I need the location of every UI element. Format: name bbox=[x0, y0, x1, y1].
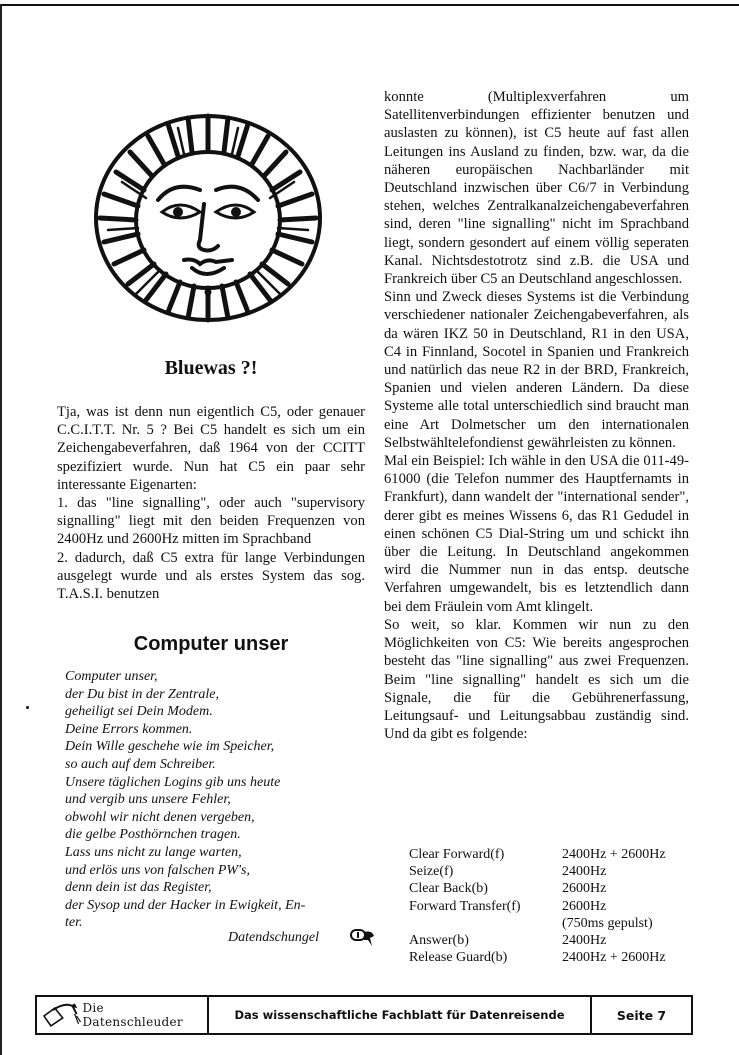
footer-logo: Die Datenschleuder bbox=[37, 997, 209, 1033]
signal-name: Clear Forward(f) bbox=[409, 846, 562, 863]
table-row: Release Guard(b)2400Hz + 2600Hz bbox=[409, 949, 666, 966]
poem-line: und vergib uns unsere Fehler, bbox=[65, 791, 375, 809]
poem-line: Computer unser, bbox=[65, 668, 375, 686]
page-number: Seite 7 bbox=[592, 997, 691, 1033]
table-row: Clear Forward(f)2400Hz + 2600Hz bbox=[409, 846, 666, 863]
page-footer: Die Datenschleuder Das wissenschaftliche… bbox=[35, 995, 693, 1035]
paragraph: 2. dadurch, daß C5 extra für lange Verbi… bbox=[57, 549, 365, 604]
poem-signature: Datendschungel bbox=[228, 930, 319, 946]
poem-line: Lass uns nicht zu lange warten, bbox=[65, 844, 375, 862]
poem-line: denn dein ist das Register, bbox=[65, 879, 375, 897]
scan-speck bbox=[26, 706, 29, 709]
page-border-top bbox=[0, 4, 739, 6]
signal-name: Clear Back(b) bbox=[409, 880, 562, 897]
paragraph: So weit, so klar. Kommen wir nun zu den … bbox=[384, 616, 689, 743]
poem-line: der Du bist in der Zentrale, bbox=[65, 686, 375, 704]
poem-line: so auch auf dem Schreiber. bbox=[65, 756, 375, 774]
signal-name: Answer(b) bbox=[409, 932, 562, 949]
article-title-computer-unser: Computer unser bbox=[57, 633, 365, 656]
signal-table: Clear Forward(f)2400Hz + 2600Hz Seize(f)… bbox=[409, 846, 666, 966]
footer-tagline: Das wissenschaftliche Fachblatt für Date… bbox=[209, 997, 592, 1033]
article-bluewas-intro: Tja, was ist denn nun eigentlich C5, ode… bbox=[57, 403, 365, 603]
poem-line: der Sysop und der Hacker in Ewigkeit, En… bbox=[65, 897, 375, 915]
signal-name: Release Guard(b) bbox=[409, 949, 562, 966]
signal-value: (750ms gepulst) bbox=[562, 915, 666, 932]
poem-line: obwohl wir nicht denen vergeben, bbox=[65, 809, 375, 827]
paragraph: Sinn und Zweck dieses Systems ist die Ve… bbox=[384, 288, 689, 452]
article-title-bluewas: Bluewas ?! bbox=[57, 357, 365, 380]
paragraph: konnte (Multiplexverfahren um Satelliten… bbox=[384, 88, 689, 288]
table-row: (750ms gepulst) bbox=[409, 915, 666, 932]
signal-value: 2400Hz + 2600Hz bbox=[562, 949, 666, 966]
signal-name bbox=[409, 915, 562, 932]
table-row: Clear Back(b)2600Hz bbox=[409, 880, 666, 897]
poem-line: ter. bbox=[65, 914, 375, 932]
signal-name: Forward Transfer(f) bbox=[409, 898, 562, 915]
signal-value: 2400Hz + 2600Hz bbox=[562, 846, 666, 863]
poem-line: Deine Errors kommen. bbox=[65, 721, 375, 739]
signal-value: 2600Hz bbox=[562, 898, 666, 915]
poem-line: geheiligt sei Dein Modem. bbox=[65, 703, 375, 721]
paragraph: 1. das "line signalling", oder auch "sup… bbox=[57, 494, 365, 549]
sun-face-icon bbox=[88, 108, 328, 328]
poem-line: Dein Wille geschehe wie im Speicher, bbox=[65, 738, 375, 756]
signal-value: 2400Hz bbox=[562, 863, 666, 880]
poem-line: Unsere täglichen Logins gib uns heute bbox=[65, 774, 375, 792]
paragraph: Mal ein Beispiel: Ich wähle in den USA d… bbox=[384, 452, 689, 616]
page-border-left bbox=[0, 4, 2, 1055]
poem-line: die gelbe Posthörnchen tragen. bbox=[65, 826, 375, 844]
table-row: Seize(f)2400Hz bbox=[409, 863, 666, 880]
datenschleuder-logo-icon bbox=[41, 1002, 83, 1028]
signal-value: 2400Hz bbox=[562, 932, 666, 949]
table-row: Forward Transfer(f)2600Hz bbox=[409, 898, 666, 915]
article-bluewas-continued: konnte (Multiplexverfahren um Satelliten… bbox=[384, 88, 689, 743]
signal-value: 2600Hz bbox=[562, 880, 666, 897]
table-row: Answer(b)2400Hz bbox=[409, 932, 666, 949]
poem-line: und erlös uns von falschen PW's, bbox=[65, 862, 375, 880]
footer-logo-text: Die Datenschleuder bbox=[83, 1001, 208, 1029]
paragraph: Tja, was ist denn nun eigentlich C5, ode… bbox=[57, 403, 365, 494]
poem-body: Computer unser, der Du bist in der Zentr… bbox=[65, 668, 375, 932]
mouse-signature-icon bbox=[350, 928, 376, 948]
signal-name: Seize(f) bbox=[409, 863, 562, 880]
